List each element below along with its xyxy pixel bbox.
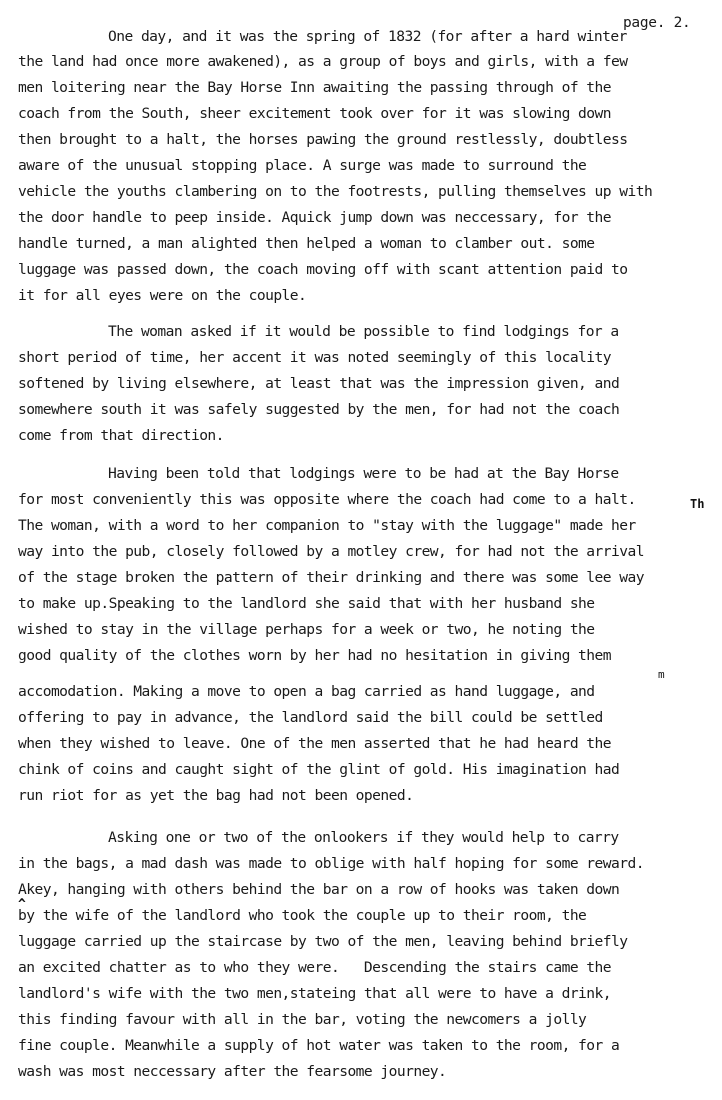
text-line: good quality of the clothes worn by her … (18, 647, 611, 665)
caret-insertion-mark: ^ (18, 897, 26, 912)
text-line: Akey, hanging with others behind the bar… (18, 881, 619, 899)
text-line: landlord's wife with the two men,statein… (18, 985, 611, 1003)
text-line: by the wife of the landlord who took the… (18, 907, 586, 925)
text-line: luggage was passed down, the coach movin… (18, 261, 627, 279)
text-line: The woman, with a word to her companion … (18, 517, 636, 535)
text-line: The woman asked if it would be possible … (108, 323, 619, 341)
text-line: One day, and it was the spring of 1832 (… (108, 28, 627, 46)
text-line: men loitering near the Bay Horse Inn awa… (18, 79, 611, 97)
text-line: aware of the unusual stopping place. A s… (18, 157, 586, 175)
text-line: chink of coins and caught sight of the g… (18, 761, 619, 779)
text-line: run riot for as yet the bag had not been… (18, 787, 413, 805)
text-line: fine couple. Meanwhile a supply of hot w… (18, 1037, 619, 1055)
text-line: softened by living elsewhere, at least t… (18, 375, 619, 393)
text-line: Asking one or two of the onlookers if th… (108, 829, 619, 847)
text-line: for most conveniently this was opposite … (18, 491, 636, 509)
text-line: the door handle to peep inside. Aquick j… (18, 209, 611, 227)
page-number: page. 2. (623, 15, 690, 31)
text-line: the land had once more awakened), as a g… (18, 53, 627, 71)
text-line: it for all eyes were on the couple. (18, 287, 306, 305)
text-line: wished to stay in the village perhaps fo… (18, 621, 595, 639)
text-line: way into the pub, closely followed by a … (18, 543, 644, 561)
text-line: wash was most neccessary after the fears… (18, 1063, 446, 1081)
text-line: accomodation. Making a move to open a ba… (18, 683, 595, 701)
text-line: somewhere south it was safely suggested … (18, 401, 619, 419)
text-line: come from that direction. (18, 427, 224, 445)
text-line: short period of time, her accent it was … (18, 349, 611, 367)
text-line: this finding favour with all in the bar,… (18, 1011, 586, 1029)
text-line: an excited chatter as to who they were. … (18, 959, 611, 977)
struck-out-mark: Th (690, 497, 704, 511)
text-line: luggage carried up the staircase by two … (18, 933, 627, 951)
text-line: vehicle the youths clambering on to the … (18, 183, 652, 201)
text-line: when they wished to leave. One of the me… (18, 735, 611, 753)
text-line: handle turned, a man alighted then helpe… (18, 235, 595, 253)
text-line: then brought to a halt, the horses pawin… (18, 131, 627, 149)
handwritten-insertion: m (658, 668, 665, 681)
text-line: coach from the South, sheer excitement t… (18, 105, 611, 123)
text-line: offering to pay in advance, the landlord… (18, 709, 603, 727)
text-line: in the bags, a mad dash was made to obli… (18, 855, 644, 873)
text-line: to make up.Speaking to the landlord she … (18, 595, 595, 613)
text-line: of the stage broken the pattern of their… (18, 569, 644, 587)
text-line: Having been told that lodgings were to b… (108, 465, 619, 483)
